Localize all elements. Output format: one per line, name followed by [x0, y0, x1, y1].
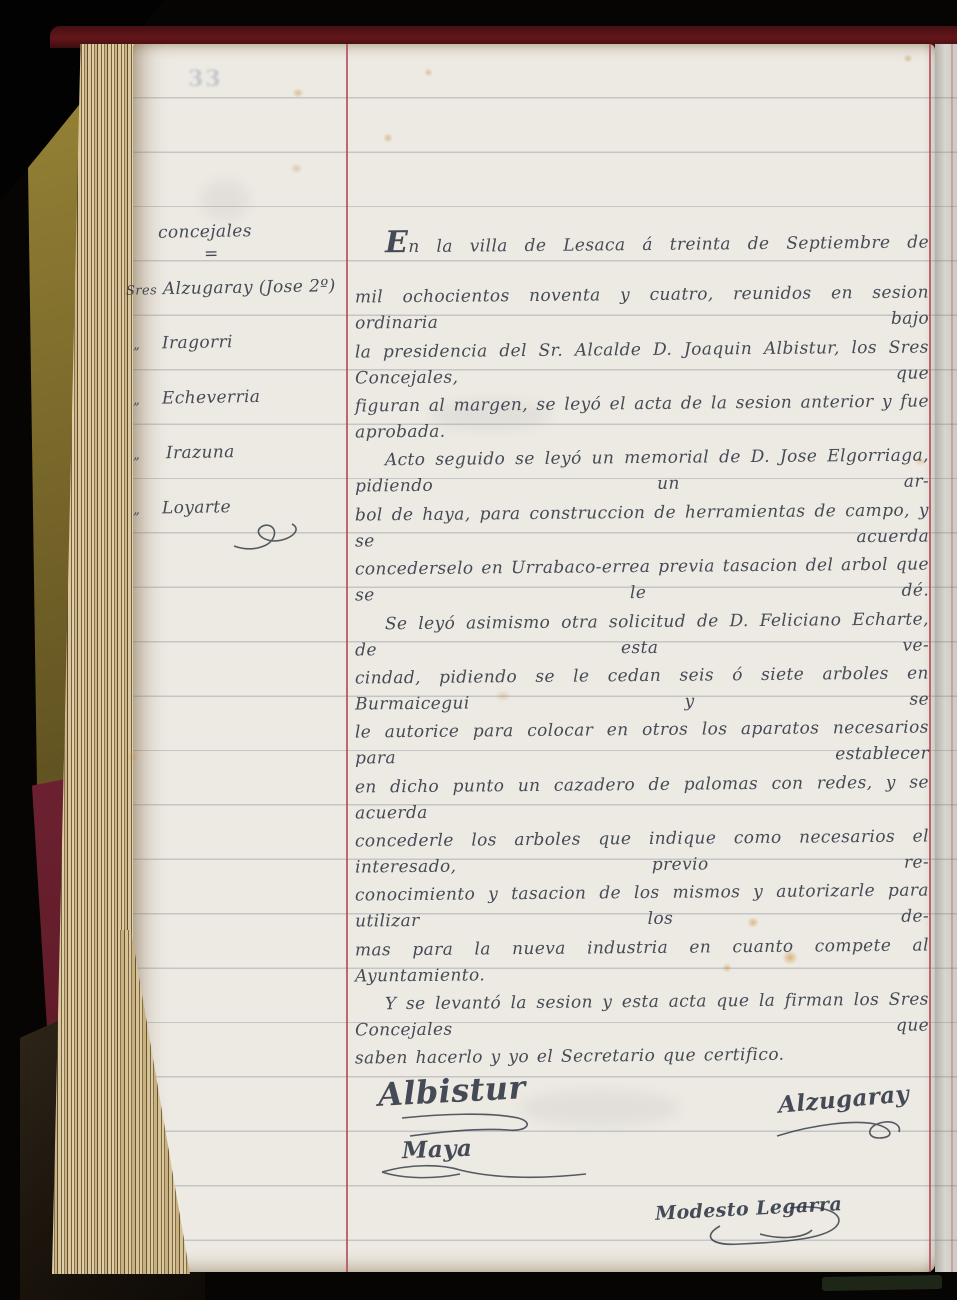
margin-entry: „ Loyarte [133, 497, 231, 519]
page-gutter [935, 44, 957, 1272]
margin-entry-name: Alzugaray (Jose 2º) [163, 276, 336, 299]
margin-entry-name: Irazuna [166, 442, 235, 463]
margin-entry-name: Iragorri [162, 332, 233, 353]
body-line: figuran al margen, se leyó el acta de la… [355, 388, 929, 445]
body-line: Se leyó asimismo otra solicitud de D. Fe… [355, 606, 929, 663]
margin-entry-prefix: „ [133, 503, 140, 518]
body-line: concederle los arboles que indique como … [355, 823, 929, 880]
margin-entry: „ Echeverria [133, 387, 261, 409]
margin-entry-name: Loyarte [162, 497, 231, 518]
body-line: concederselo en Urrabaco-errea previa ta… [355, 551, 929, 608]
margin-entry-prefix: „ [133, 338, 140, 353]
body-line: la presidencia del Sr. Alcalde D. Joaqui… [355, 334, 929, 391]
body-line: le autorice para colocar en otros los ap… [355, 714, 929, 771]
margin-entry-prefix: „ [133, 448, 140, 463]
body-line: conocimiento y tasacion de los mismos y … [355, 877, 929, 934]
margin-heading: concejales [158, 221, 252, 243]
manuscript-scan: 33 concejales = Sres Alzugaray (Jose 2º)… [0, 0, 957, 1300]
red-margin-line-edge [951, 44, 953, 1272]
body-line: Y se levantó la sesion y esta acta que l… [355, 986, 929, 1043]
margin-entry: „ Irazuna [133, 442, 235, 464]
signature-alcalde: Albistur [377, 1068, 526, 1114]
body-line: mas para la nueva industria en cuanto co… [355, 932, 929, 989]
body-line: En la villa de Lesaca á treinta de Septi… [355, 225, 929, 260]
margin-entry: Sres Alzugaray (Jose 2º) [126, 276, 336, 300]
body-line: en dicho punto un cazadero de palomas co… [355, 769, 929, 826]
body-line: bol de haya, para construccion de herram… [355, 497, 929, 554]
body-line: Acto seguido se leyó un memorial de D. J… [355, 442, 929, 499]
page-number-ghost: 33 [188, 66, 223, 92]
signature-concejal-left: Maya [402, 1135, 473, 1164]
bleedthrough-smudge [520, 1090, 680, 1126]
body-line: saben hacerlo y yo el Secretario que cer… [355, 1040, 929, 1071]
margin-heading-mark: = [204, 244, 219, 264]
margin-entry-name: Echeverria [162, 387, 261, 409]
red-margin-line-left [346, 44, 348, 1272]
margin-entry-prefix: „ [133, 393, 140, 408]
cover-bottom-accent [822, 1275, 942, 1291]
body-line: mil ochocientos noventa y cuatro, reunid… [355, 279, 929, 336]
bleedthrough-smudge [200, 180, 250, 220]
red-margin-line-right [929, 44, 931, 1272]
body-line: cindad, pidiendo se le cedan seis ó siet… [355, 660, 929, 717]
margin-entry: „ Iragorri [133, 332, 233, 354]
margin-entry-prefix: Sres [126, 283, 157, 299]
